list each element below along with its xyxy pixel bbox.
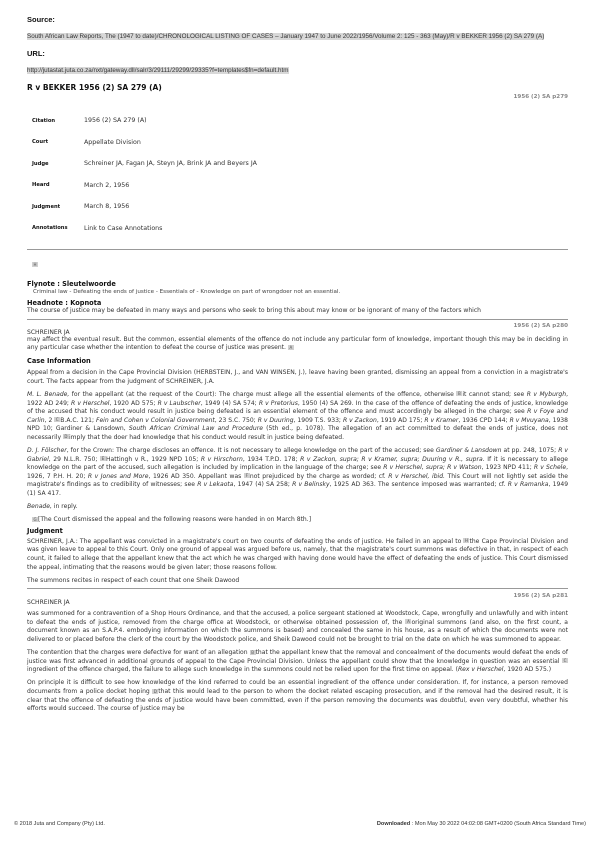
downloaded-label: Downloaded [377,821,410,827]
text: , 1919 AD 175; [377,417,425,424]
case-cite: R v Zackon, supra; R v Kramer, supra; Du… [300,456,485,463]
case-cite: R v Herschel [71,400,109,407]
judgment-p2: The summons recites in respect of each c… [27,577,568,586]
judgment-p4: The contention that the charges were def… [27,649,568,675]
text: , 1925 AD 363. The sentence imposed was … [330,481,508,488]
case-cite: R v Pretorius [259,400,298,407]
judgment-p1: SCHREINER, J.A.: The appellant was convi… [27,538,568,572]
case-meta-table: Citation1956 (2) SA 279 (A) CourtAppella… [32,110,257,239]
case-cite: R v Mvuyana [510,417,549,424]
divider [27,249,568,250]
case-cite: R v Duuring [258,417,294,424]
headnote-continued: may affect the eventual result. But the … [27,336,568,353]
url-value[interactable]: http://jutastat.juta.co.za/nxt/gateway.d… [27,67,289,74]
source-block: Source: South African Law Reports, The (… [27,15,568,43]
meta-value: Schreiner JA, Fagan JA, Steyn JA, Brink … [84,153,257,175]
meta-value: March 2, 1956 [84,175,257,197]
text: , 1926 AD 350. Appellant was [149,473,244,480]
flynote-section: Flynote : Sleutelwoorde Criminal law - D… [27,280,568,297]
text: in reply. [52,503,78,510]
meta-row-judge: JudgeSchreiner JA, Fagan JA, Steyn JA, B… [32,153,257,175]
counsel-name: Benade, [27,503,52,510]
case-cite: R v Kramer [424,417,458,424]
text: , 1920 AD 575.) [503,666,551,673]
case-cite: R v Laubscher [158,400,201,407]
case-cite: Rex v Herschel [458,666,503,673]
text: Hattingh v R., 1929 NPD 105; [106,456,201,463]
case-info-heading: Case Information [27,357,568,365]
text: , 1923 NPD 411; [482,464,534,471]
meta-row-citation: Citation1956 (2) SA 279 (A) [32,110,257,132]
text: it cannot stand; see [462,391,526,398]
meta-key: Heard [32,175,84,197]
judgment-p5: On principle it is difficult to see how … [27,679,568,713]
downloaded-value: : Mon May 30 2022 04:02:08 GMT+0200 (Sou… [410,821,586,827]
judgment-heading: Judgment [27,527,568,535]
margin-marker-h: H [32,262,38,267]
text: [The Court dismissed the appeal and the … [38,516,311,523]
text: , for the Crown: The charge discloses an… [67,447,436,454]
text: , 1909 T.S. 933; [294,417,343,424]
case-cite: R v Belinsky [292,481,330,488]
margin-marker-c: C [562,658,568,663]
source-label: Source: [27,15,568,25]
counsel-name: M. L. Benade, [27,391,69,398]
text: , 1949 (4) SA 574; [201,400,259,407]
text: imply that the doer had knowledge that h… [69,434,344,441]
text: The contention that the charges were def… [27,649,250,656]
text: , 23 S.C. 750; [215,417,258,424]
text: at pp. 248, 1075; [501,447,558,454]
meta-row-heard: HeardMarch 2, 1956 [32,175,257,197]
text: ingredient of the offence charged, the f… [27,666,458,673]
case-cite: R v Zackon [343,417,377,424]
text: B.A.C. 121; [60,417,96,424]
page-divider [27,319,568,320]
case-info-p5: G[The Court dismissed the appeal and the… [32,516,568,525]
url-block: URL: http://jutastat.juta.co.za/nxt/gate… [27,49,568,77]
text: not prejudiced by the charge as worded; … [250,473,388,480]
document-page: Source: South African Law Reports, The (… [27,15,568,718]
case-cite: R v Herschel, ibid. [388,473,445,480]
url-label: URL: [27,49,568,59]
meta-value: March 8, 1956 [84,196,257,218]
case-cite: R v Schele [534,464,566,471]
meta-row-judgment: JudgmentMarch 8, 1956 [32,196,257,218]
headnote-section: Headnote : Kopnota The course of justice… [27,299,568,316]
margin-marker-a: A [288,345,294,350]
flynote-heading: Flynote : Sleutelwoorde [27,280,568,288]
case-info-p2: M. L. Benade, for the appellant (at the … [27,391,568,443]
case-info-p4: Benade, in reply. [27,503,568,512]
meta-key: Citation [32,110,84,132]
copyright-text: © 2018 Juta and Company (Pty) Ltd. [14,821,105,827]
headnote-text: The course of justice may be defeated in… [27,307,568,316]
case-cite: R v Hirschorn [201,456,243,463]
download-info: Downloaded : Mon May 30 2022 04:02:08 GM… [377,821,586,827]
text: , 2 [45,417,55,424]
case-cite: R v Lekaota [197,481,233,488]
meta-value: 1956 (2) SA 279 (A) [84,110,257,132]
text: , 1934 T.P.D. 178; [243,456,300,463]
case-cite: Gardiner & Lansdown [436,447,502,454]
meta-value: Appellate Division [84,132,257,154]
text: , 1947 (4) SA 258; [234,481,293,488]
page-ref-279: 1956 (2) SA p279 [27,94,568,100]
case-cite: South African Criminal Law and Procedure [129,425,263,432]
meta-key: Judge [32,153,84,175]
case-info-p1: Appeal from a decision in the Cape Provi… [27,369,568,386]
case-title: R v BEKKER 1956 (2) SA 279 (A) [27,83,568,92]
counsel-name: D. J. Fölscher [27,447,67,454]
headnote-heading: Headnote : Kopnota [27,299,568,307]
case-cite: Fein and Cohen v Colonial Government [96,417,215,424]
text: , 1936 CPD 144; [458,417,509,424]
meta-key: Court [32,132,84,154]
case-cite: R v Herschel, supra; R v Watson [383,464,481,471]
case-cite: R v Jones and More [88,473,149,480]
meta-key: Annotations [32,218,84,240]
judgment-p3: was summoned for a contravention of a Sh… [27,610,568,644]
page-divider [27,588,568,589]
meta-key: Judgment [32,196,84,218]
text: , 1920 AD 575; [109,400,157,407]
text: for the appellant (at the request of the… [69,391,456,398]
running-head: SCHREINER JA [27,329,568,336]
case-info-p3: D. J. Fölscher, for the Crown: The charg… [27,447,568,499]
case-cite: R v Myburgh [527,391,566,398]
headnote-cont-text: may affect the eventual result. But the … [27,336,568,352]
running-head: SCHREINER JA [27,599,568,606]
meta-row-annotations: AnnotationsLink to Case Annotations [32,218,257,240]
text: SCHREINER, J.A.: The appellant was convi… [27,538,463,545]
text: , 29 N.L.R. 750; [49,456,100,463]
annotations-link[interactable]: Link to Case Annotations [84,218,257,240]
case-cite: R v Ramanka [508,481,549,488]
flynote-text: Criminal law - Defeating the ends of jus… [33,288,568,297]
meta-row-court: CourtAppellate Division [32,132,257,154]
source-value: South African Law Reports, The (1947 to … [27,33,544,40]
